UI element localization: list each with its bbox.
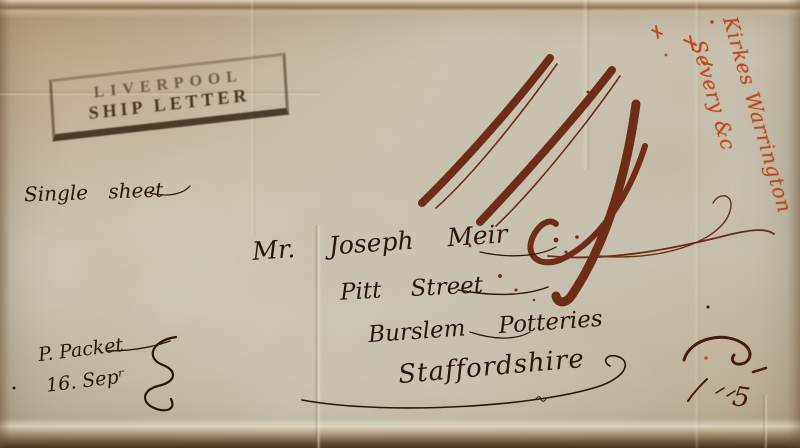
vertical-crease — [582, 0, 591, 170]
paper-stain — [60, 230, 180, 310]
annotation-single-sheet: Single sheet — [24, 178, 164, 207]
top-fold-edge — [0, 0, 800, 18]
left-edge-shadow — [0, 0, 10, 448]
bottom-fold-edge — [0, 418, 800, 448]
corner-crease — [762, 395, 768, 448]
ship-letter-cover-photo: LIVERPOOL SHIP LETTER Single sheet Mr. J… — [0, 0, 800, 448]
